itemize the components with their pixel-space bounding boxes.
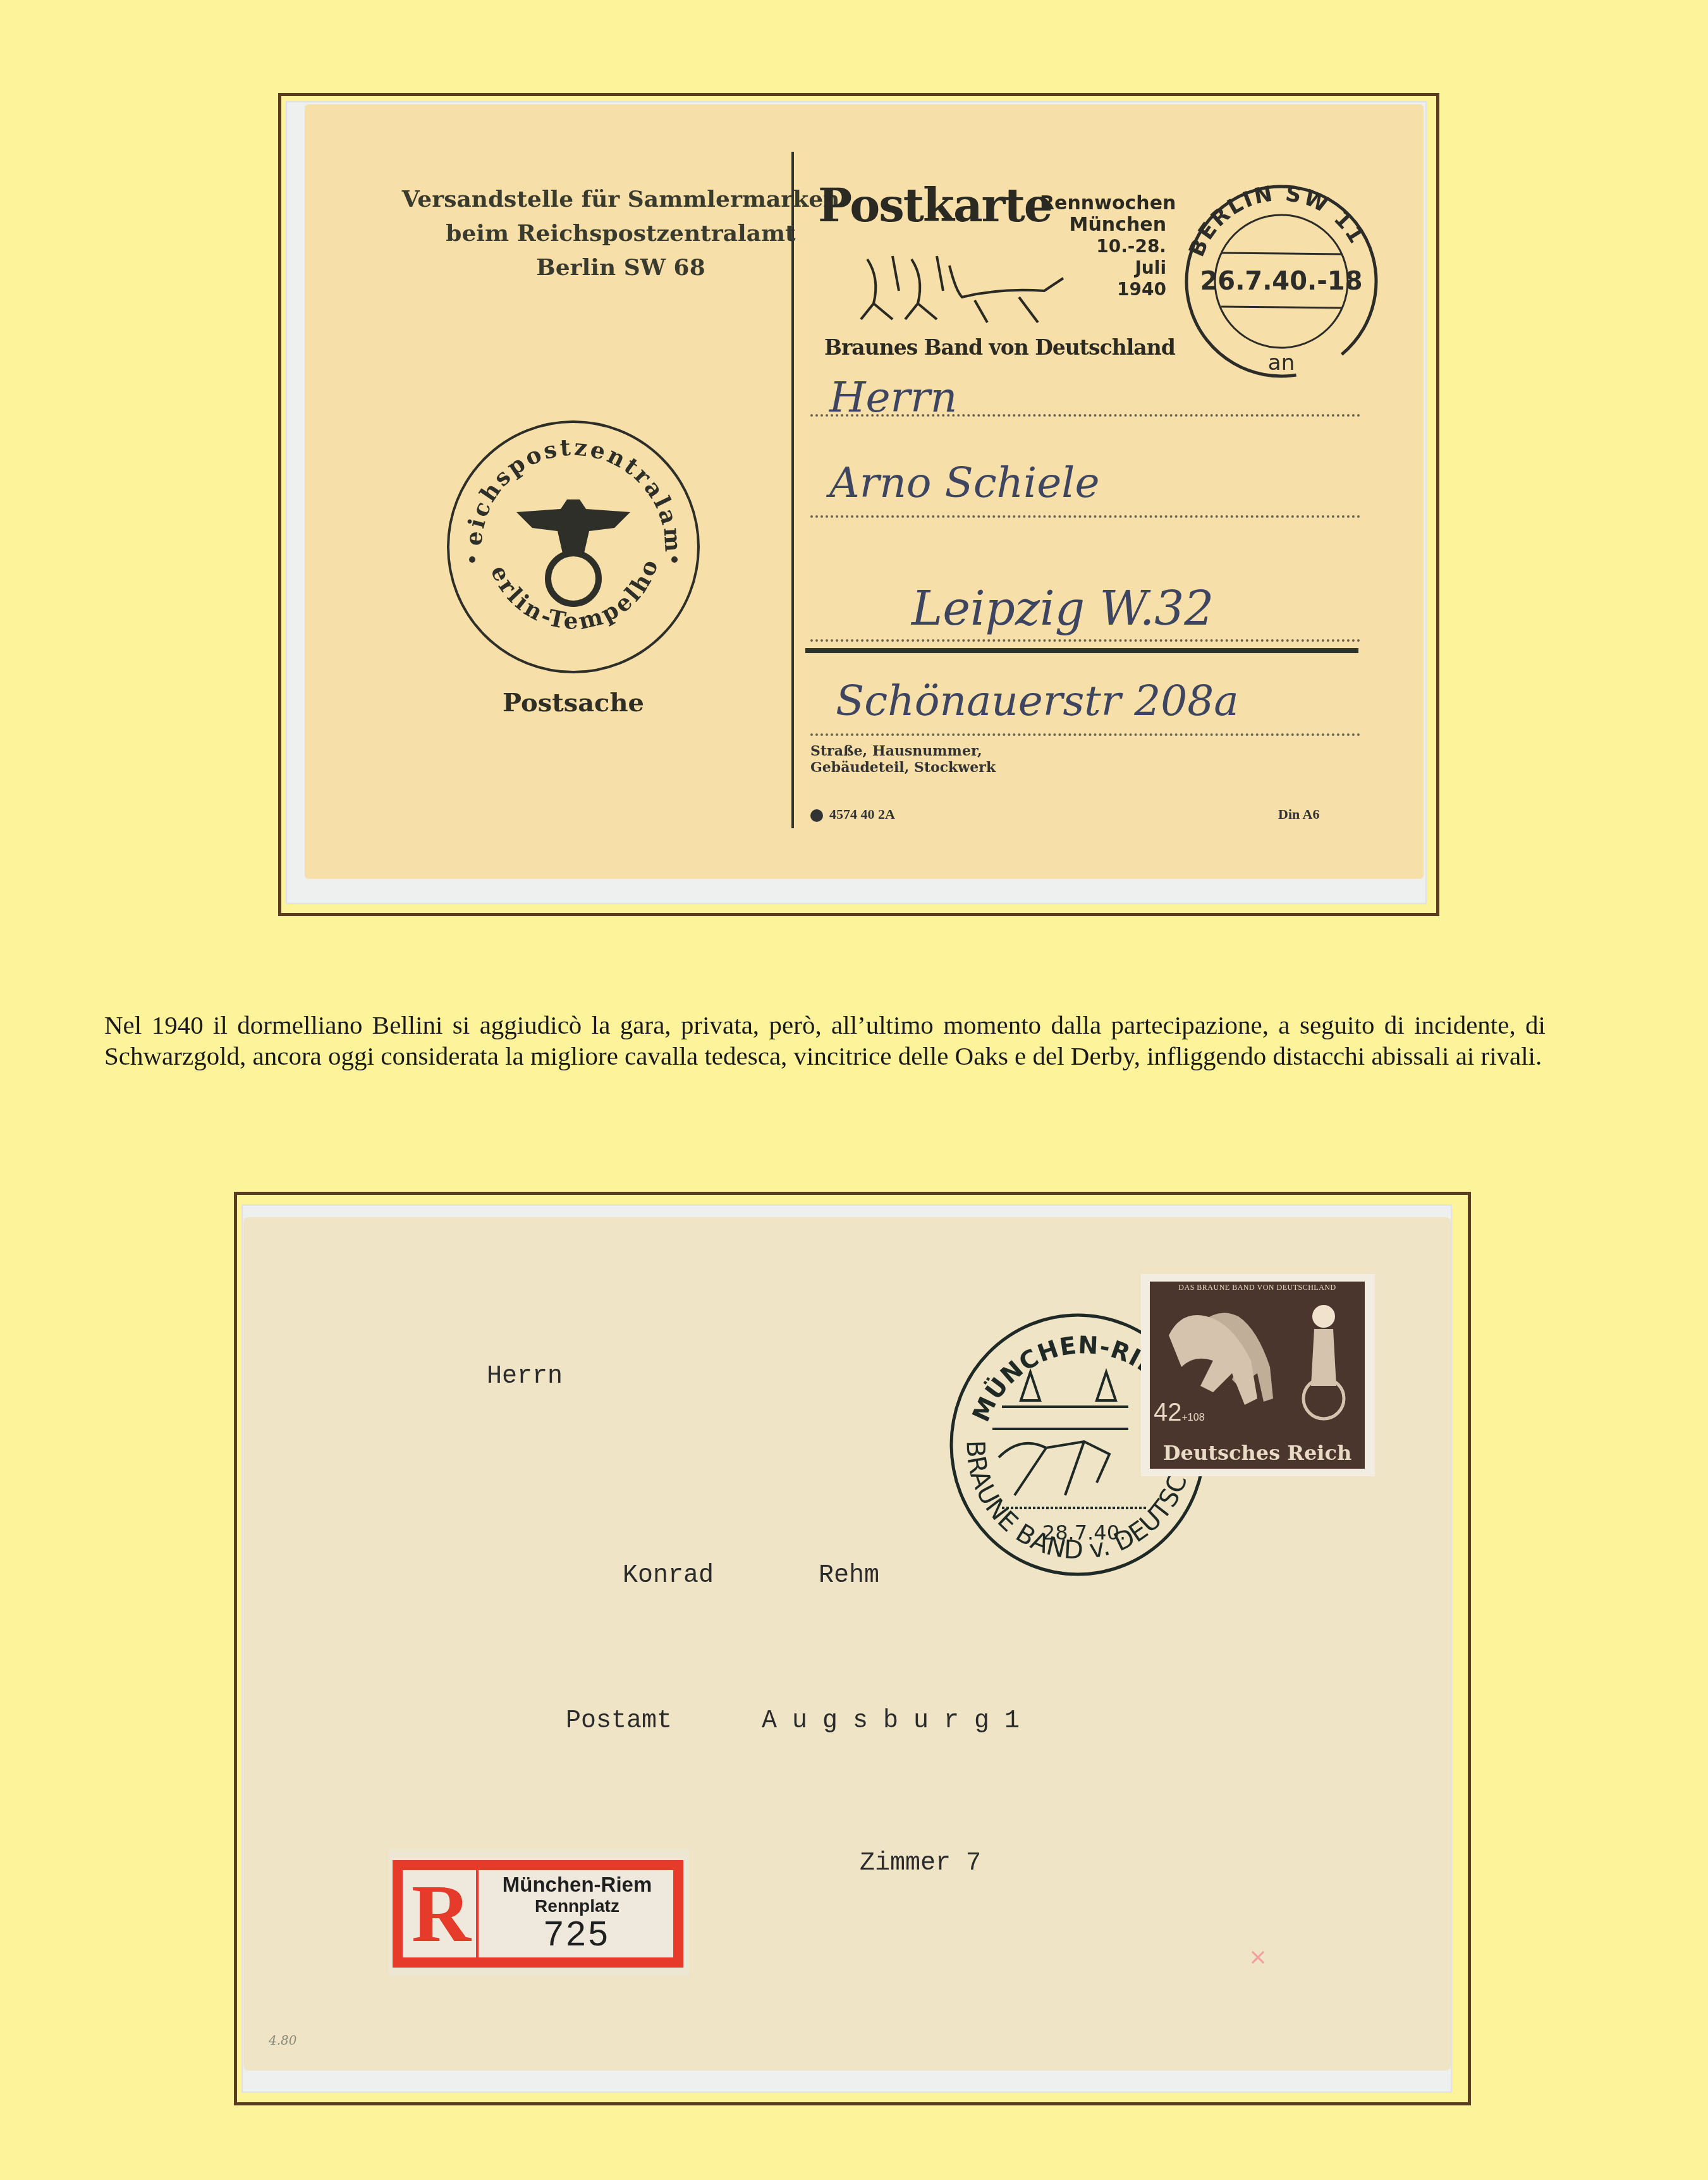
typed-salutation: Herrn: [487, 1362, 563, 1391]
sender-line: Berlin SW 68: [362, 250, 880, 285]
registration-number: 725: [482, 1916, 672, 1951]
print-code-text: 4574 40 2A: [829, 806, 895, 822]
red-mark: ×: [1248, 1944, 1267, 1970]
address-city: Leipzig W.32: [912, 582, 1214, 636]
slogan-line: 1940: [1040, 279, 1166, 300]
slogan-line: München: [1040, 214, 1166, 236]
special-cancel-date: 28.7.40.: [1042, 1521, 1126, 1545]
slogan-line: Juli: [1040, 257, 1166, 279]
postcard: Versandstelle für Sammlermarken beim Rei…: [305, 104, 1424, 879]
berlin-datestamp: BERLIN SW 11 26.7.40.-18 an: [1171, 177, 1392, 386]
slogan-details: Rennwochen München 10.-28. Juli 1940: [1040, 193, 1166, 300]
postsache-label: Postsache: [437, 688, 709, 718]
address-dotted-line: [810, 515, 1360, 518]
pencil-note: 4.80: [269, 2033, 297, 2048]
sender-block: Versandstelle für Sammlermarken beim Rei…: [362, 182, 880, 285]
stamp-country: Deutsches Reich: [1150, 1441, 1365, 1465]
address-dotted-line: [810, 414, 1360, 417]
slogan-bottom-text: Braunes Band von Deutschland: [824, 335, 1175, 360]
caption-text: Nel 1940 il dormelliano Bellini si aggiu…: [104, 1010, 1546, 1072]
vertical-divider: [791, 152, 794, 828]
address-underline: [805, 648, 1358, 653]
print-code: 4574 40 2A: [810, 806, 895, 823]
official-seal: Reichspostzentralamt Berlin-Tempelhof: [444, 417, 703, 677]
stamp-image: DAS BRAUNE BAND VON DEUTSCHLAND 42+108 D…: [1150, 1282, 1365, 1469]
registration-label: R München-Riem Rennplatz 725: [389, 1849, 689, 1976]
format-label: Din A6: [1278, 806, 1319, 823]
stamp-surcharge: +108: [1182, 1412, 1205, 1423]
eagle-emblem-icon: [516, 499, 630, 604]
postage-stamp: DAS BRAUNE BAND VON DEUTSCHLAND 42+108 D…: [1141, 1274, 1375, 1476]
typed-last-name: Rehm: [819, 1562, 879, 1590]
svg-text:BERLIN SW 11: BERLIN SW 11: [1184, 181, 1370, 260]
address-street: Schönauerstr 208a: [836, 677, 1239, 725]
stamp-top-text: DAS BRAUNE BAND VON DEUTSCHLAND: [1150, 1283, 1365, 1292]
registration-box: R München-Riem Rennplatz 725: [393, 1860, 683, 1968]
registration-place: München-Riem: [482, 1873, 672, 1897]
stamp-face-value: 42: [1154, 1399, 1182, 1426]
address-dotted-line: [810, 639, 1360, 642]
address-name: Arno Schiele: [829, 458, 1099, 507]
address-hint: Straße, Hausnummer, Gebäudeteil, Stockwe…: [810, 743, 996, 776]
address-hint-line: Gebäudeteil, Stockwerk: [810, 759, 996, 776]
registration-text: München-Riem Rennplatz 725: [482, 1873, 672, 1951]
slogan-line: Rennwochen: [1040, 193, 1166, 214]
printer-mark-icon: [810, 809, 823, 822]
sender-line: Versandstelle für Sammlermarken: [362, 182, 880, 216]
address-dotted-line: [810, 733, 1360, 736]
slogan-line: 10.-28.: [1040, 236, 1166, 257]
registration-letter: R: [406, 1870, 479, 1957]
typed-city: A u g s b u r g 1: [762, 1707, 1020, 1736]
datestamp-city: BERLIN SW 11: [1184, 181, 1370, 260]
stamp-value: 42+108: [1154, 1399, 1205, 1427]
typed-room: Zimmer 7: [860, 1849, 981, 1878]
typed-first-name: Konrad: [623, 1562, 714, 1590]
datestamp-date: 26.7.40.-18: [1200, 267, 1362, 296]
sender-line: beim Reichspostzentralamt: [362, 216, 880, 250]
typed-office: Postamt: [566, 1707, 672, 1736]
racetrack-horses-icon: [992, 1372, 1147, 1508]
horses-riders-icon: [855, 240, 1070, 329]
address-hint-line: Straße, Hausnummer,: [810, 743, 996, 759]
postkarte-title: Postkarte: [818, 178, 1052, 232]
datestamp-suffix: an: [1268, 350, 1295, 376]
registered-cover: Herrn Konrad Rehm Postamt A u g s b u r …: [243, 1217, 1451, 2071]
